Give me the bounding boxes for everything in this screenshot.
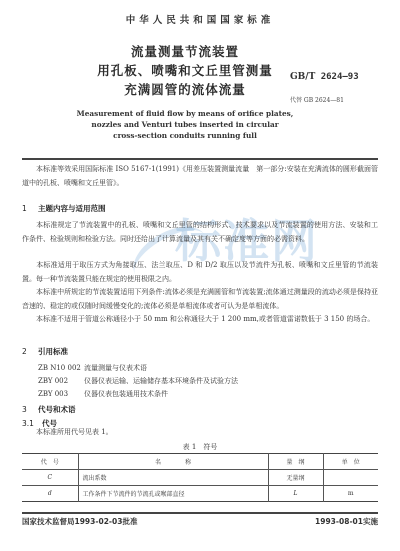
section-1-paragraph-1: 本标准规定了节流装置中的孔板、喷嘴和文丘里管的结构形式、技术要求以及节流装置的使… xyxy=(22,219,378,246)
cell-symbol: C xyxy=(22,470,78,486)
national-standard-header: 中华人民共和国国家标准 xyxy=(0,12,400,26)
column-header-symbol: 代 号 xyxy=(22,454,78,470)
reference-code: ZBY 003 xyxy=(38,390,84,398)
subsection-3-1-text: 本标准所用代号见表 1。 xyxy=(22,426,378,440)
column-header-dimension: 量 纲 xyxy=(268,454,323,470)
replaces-note: 代替 GB 2624—81 xyxy=(290,95,344,104)
title-en-line-1: Measurement of fluid flow by means of or… xyxy=(40,108,330,119)
paragraph-text: 本标准适用于取压方式为角接取压、法兰取压、D 和 D/2 取压以及节流件为孔板、… xyxy=(22,261,378,283)
section-2-heading: 2引用标准 xyxy=(22,346,68,357)
reference-title: 流量测量与仪表术语 xyxy=(84,364,147,372)
column-header-name: 名 称 xyxy=(78,454,268,470)
section-1-paragraph-3: 本标准中所规定的节流装置适用下列条件:流体必须是充满圆管和节流装置;流体通过测量… xyxy=(22,286,378,313)
approval-date: 国家技术监督局1993-02-03批准 xyxy=(22,516,137,527)
section-number: 3 xyxy=(22,405,38,414)
cell-unit xyxy=(323,470,378,486)
reference-item: ZB N10 002流量测量与仪表术语 xyxy=(38,363,147,373)
paragraph-text: 本标准所用代号见表 1。 xyxy=(36,428,113,436)
section-number: 2 xyxy=(22,347,38,356)
cell-dimension: 无量纲 xyxy=(268,470,323,486)
cell-name: 工作条件下节流件的节流孔或喉部直径 xyxy=(78,486,268,502)
cell-name: 流出系数 xyxy=(78,470,268,486)
table-row: C 流出系数 无量纲 xyxy=(22,470,378,486)
paragraph-text: 本标准规定了节流装置中的孔板、喷嘴和文丘里管的结构形式、技术要求以及节流装置的使… xyxy=(22,221,378,243)
standard-prefix: GB/T xyxy=(290,72,315,82)
section-1-paragraph-4: 本标准不适用于管道公称通径小于 50 mm 和公称通径大于 1 200 mm,或… xyxy=(22,313,378,327)
title-zh-line-1: 流量测量节流装置 xyxy=(60,42,310,60)
section-1-heading: 1主题内容与适用范围 xyxy=(22,203,106,214)
paragraph-text: 本标准不适用于管道公称通径小于 50 mm 和公称通径大于 1 200 mm,或… xyxy=(36,315,374,323)
title-en-line-3: cross-section conduits running full xyxy=(40,130,330,141)
reference-item: ZBY 003仪器仪表包装通用技术条件 xyxy=(38,389,168,399)
paragraph-text: 本标准中所规定的节流装置适用下列条件:流体必须是充满圆管和节流装置;流体通过测量… xyxy=(22,288,378,310)
title-en-line-2: nozzles and Venturi tubes inserted in ci… xyxy=(40,119,330,130)
section-title: 主题内容与适用范围 xyxy=(38,204,106,213)
cell-dimension: L xyxy=(268,486,323,502)
symbol-table: 代 号 名 称 量 纲 单 位 C 流出系数 无量纲 d 工作条件下节流件的节流… xyxy=(22,453,378,502)
table-header-row: 代 号 名 称 量 纲 单 位 xyxy=(22,454,378,470)
cell-symbol: d xyxy=(22,486,78,502)
section-title: 引用标准 xyxy=(38,347,68,356)
header-divider xyxy=(22,158,378,160)
reference-code: ZB N10 002 xyxy=(38,364,84,372)
reference-item: ZBY 002仪器仪表运输、运输储存基本环境条件及试验方法 xyxy=(38,376,238,386)
intro-paragraph: 本标准等效采用国际标准 ISO 5167-1(1991)《用差压装置测量流量 第… xyxy=(22,163,378,190)
cell-unit: m xyxy=(323,486,378,502)
title-zh-line-2: 用孔板、喷嘴和文丘里管测量 xyxy=(60,61,310,79)
section-number: 1 xyxy=(22,204,38,213)
column-header-unit: 单 位 xyxy=(323,454,378,470)
table-row: d 工作条件下节流件的节流孔或喉部直径 L m xyxy=(22,486,378,502)
table-caption: 表 1 符号 xyxy=(0,442,400,452)
footer-divider xyxy=(22,512,378,514)
reference-code: ZBY 002 xyxy=(38,377,84,385)
reference-title: 仪器仪表包装通用技术条件 xyxy=(84,390,168,398)
standard-number: 2624—93 xyxy=(321,72,359,82)
section-title: 代号和术语 xyxy=(38,405,76,414)
section-3-heading: 3代号和术语 xyxy=(22,404,76,415)
standard-code: GB/T 2624—93 xyxy=(290,72,359,82)
intro-text: 本标准等效采用国际标准 ISO 5167-1(1991)《用差压装置测量流量 第… xyxy=(22,165,378,187)
implementation-date: 1993-08-01实施 xyxy=(315,516,378,527)
reference-title: 仪器仪表运输、运输储存基本环境条件及试验方法 xyxy=(84,377,238,385)
title-zh-line-3: 充满圆管的流体流量 xyxy=(60,80,310,98)
section-1-paragraph-2: 本标准适用于取压方式为角接取压、法兰取压、D 和 D/2 取压以及节流件为孔板、… xyxy=(22,259,378,286)
